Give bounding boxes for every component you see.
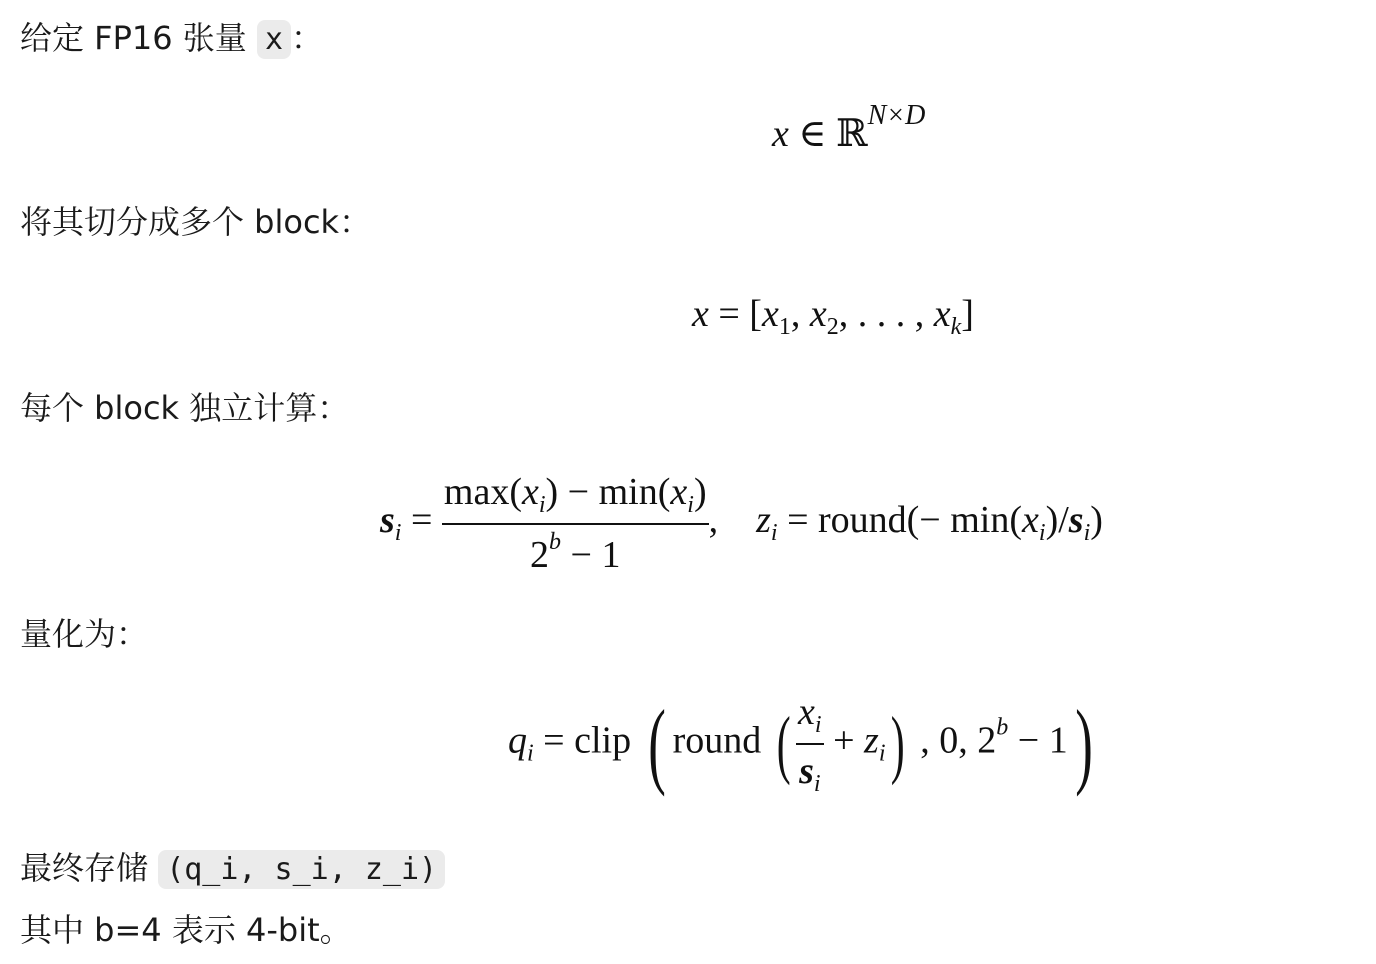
equation-quantize: qi = clip (round (xisi + zi) , 0, 2b − 1… [508, 690, 1100, 798]
text: 最终存储 [20, 849, 148, 887]
equation-scale-zero: si = max(xi) − min(xi)2b − 1, zi = round… [380, 470, 1103, 577]
paragraph-given-tensor: 给定 FP16 张量 x： [20, 18, 323, 60]
paragraph-per-block: 每个 block 独立计算： [20, 388, 349, 428]
equation-tensor-shape: x ∈ ℝN×D [772, 100, 925, 156]
colon: ： [291, 19, 323, 57]
paragraph-split-blocks: 将其切分成多个 block： [20, 202, 371, 242]
paragraph-bit-note: 其中 b=4 表示 4-bit。 [20, 910, 352, 950]
inline-code-x: x [257, 20, 291, 59]
inline-code-tuple: (q_i, s_i, z_i) [158, 850, 445, 889]
paragraph-quantize: 量化为： [20, 614, 148, 654]
text: 给定 FP16 张量 [20, 19, 247, 57]
equation-block-split: x = [x1, x2, . . . , xk] [692, 292, 974, 341]
paragraph-storage: 最终存储 (q_i, s_i, z_i) [20, 848, 445, 890]
